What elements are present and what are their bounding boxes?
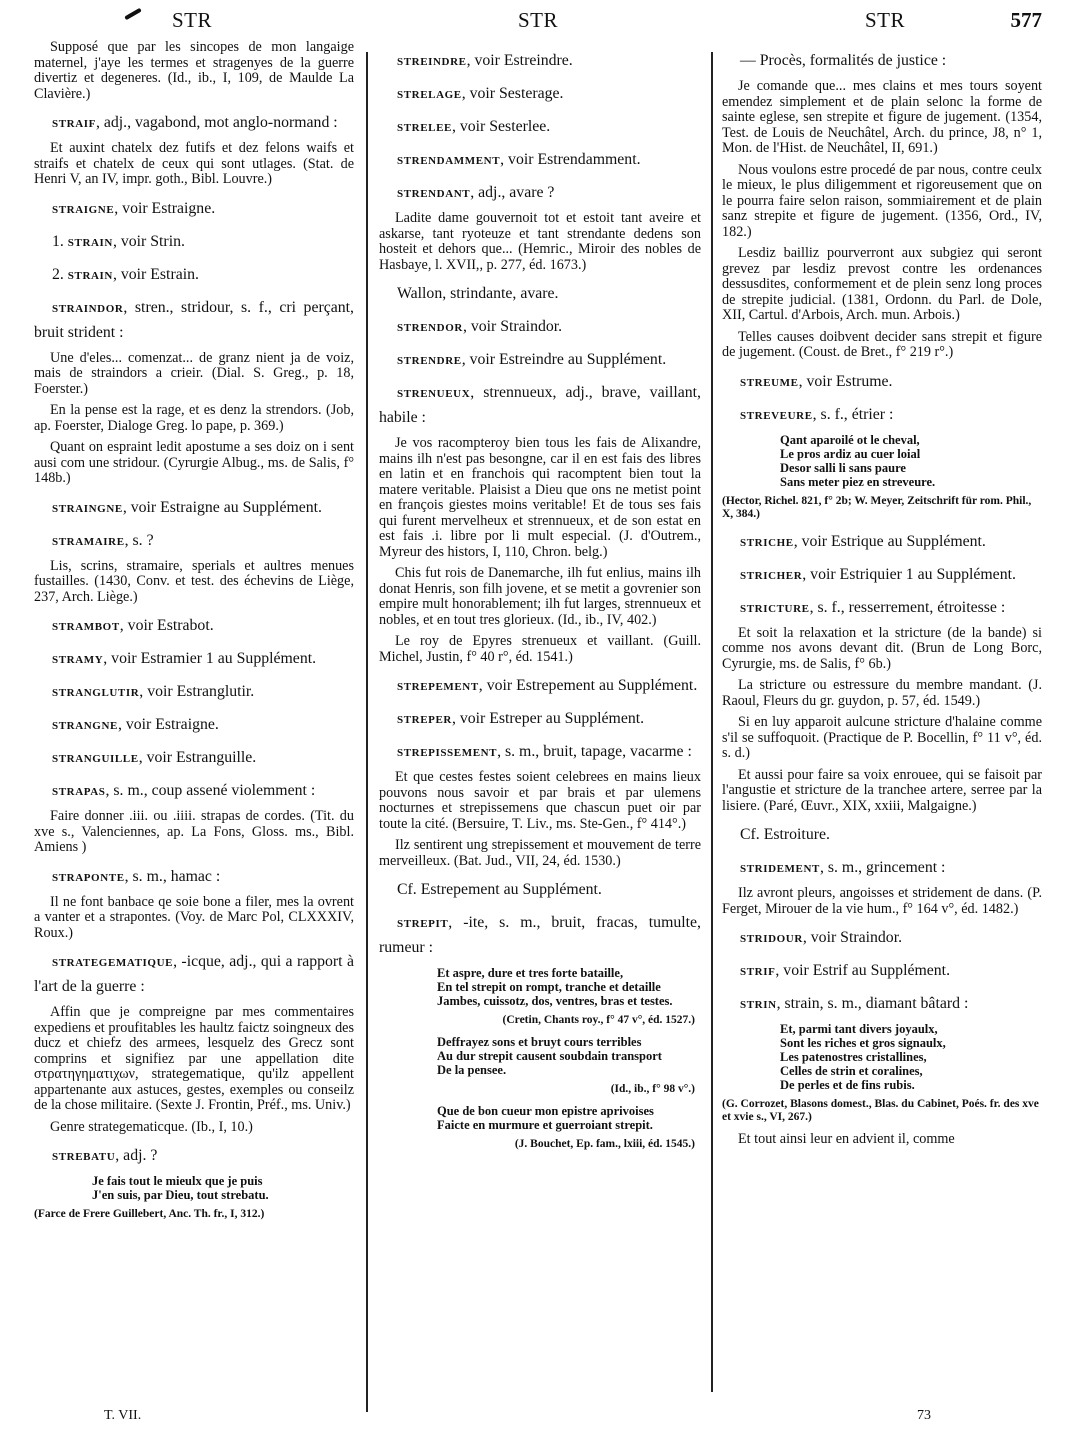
headword: stricher [740,566,802,583]
dictionary-entry: strepement, voir Estrepement au Suppléme… [379,673,701,698]
citation-quote: Il ne font banbace qe soie bone a filer,… [34,895,354,942]
dictionary-entry: streume, voir Estrume. [722,369,1042,394]
definition: , adj., vagabond, mot anglo-normand : [96,114,338,131]
definition: , voir Straindor. [463,318,562,335]
headword: strendor [397,318,463,335]
dictionary-entry: stramaire, s. ? [34,528,354,553]
dictionary-entry: strendamment, voir Estrendamment. [379,147,701,172]
headword: strendant [397,184,470,201]
headword: straingne [52,499,123,516]
dictionary-entry: 2. strain, voir Estrain. [34,262,354,287]
headword: strategematique [52,953,173,970]
dictionary-entry: strendor, voir Straindor. [379,314,701,339]
homonym-number: 2. [52,266,68,283]
citation-quote: Nous voulons estre procedé de par nous, … [722,163,1042,241]
dictionary-entry: strendant, adj., avare ? [379,180,701,205]
headword: stramaire [52,532,125,549]
citation-quote: Je vos racompteroy bien tous les fais de… [379,436,701,560]
column-middle: streindre, voir Estreindre.strelage, voi… [379,40,701,1159]
page-number: 577 [1011,8,1043,33]
column-rule-left [366,52,368,1412]
citation-quote: Telles causes doibvent decider sans stre… [722,330,1042,361]
headword: stranguille [52,749,139,766]
dictionary-entry: streindre, voir Estreindre. [379,48,701,73]
citation-quote: La stricture ou estressure du membre man… [722,678,1042,709]
citation-quote: Je comande que... mes clains et mes tour… [722,79,1042,157]
dictionary-entry: straigne, voir Estraigne. [34,196,354,221]
definition: , voir Estrique au Supplément. [794,533,986,550]
entry-note: Cf. Estrepement au Supplément. [379,877,701,902]
definition: , s. m., grincement : [820,859,945,876]
definition: Wallon, strindante, avare. [397,285,558,302]
definition: , voir Estranglutir. [139,683,254,700]
headword: strelee [397,118,452,135]
dictionary-entry: stricher, voir Estriquier 1 au Supplémen… [722,562,1042,587]
headword: strapas [52,782,106,799]
definition: , voir Estrendamment. [500,151,640,168]
definition: , voir Estrume. [799,373,893,390]
headword: strepement [397,677,479,694]
verse-quote: Et, parmi tant divers joyaulx, Sont les … [780,1022,1042,1092]
definition: , voir Estraigne. [118,716,219,733]
citation-quote: Une d'eles... comenzat... de granz nient… [34,351,354,398]
dictionary-entry: streper, voir Estreper au Supplément. [379,706,701,731]
definition: , voir Estrain. [113,266,199,283]
headword: strepissement [397,743,497,760]
definition: , voir Estreindre. [467,52,573,69]
dictionary-entry: strambot, voir Estrabot. [34,613,354,638]
dictionary-entry: stranglutir, voir Estranglutir. [34,679,354,704]
definition: Cf. Estroiture. [740,826,830,843]
definition: , s. f., resserrement, étroitesse : [810,599,1006,616]
definition: , voir Estramier 1 au Supplément. [103,650,316,667]
definition: , voir Estrepement au Supplément. [479,677,697,694]
definition: , voir Estranguille. [139,749,257,766]
headword: stridour [740,929,803,946]
volume-label: T. VII. [104,1408,141,1424]
verse-quote: Deffrayez sons et bruyt cours terribles … [437,1035,701,1077]
headword: strambot [52,617,120,634]
verse-source: (Cretin, Chants roy., f° 47 v°, éd. 1527… [379,1014,701,1027]
headword: strif [740,962,775,979]
running-head-right: STR [865,8,905,33]
dictionary-entry: stridour, voir Straindor. [722,925,1042,950]
definition: , s. m., coup assené violemment : [106,782,316,799]
entry-note: — Procès, formalités de justice : [722,48,1042,73]
signature-mark: 73 [917,1408,931,1424]
citation-quote: Faire donner .iii. ou .iiii. strapas de … [34,809,354,856]
headword: streper [397,710,452,727]
dictionary-entry: straponte, s. m., hamac : [34,864,354,889]
definition: Cf. Estrepement au Supplément. [397,881,602,898]
headword: stridement [740,859,820,876]
dictionary-entry: strif, voir Estrif au Supplément. [722,958,1042,983]
citation-quote: Et soit la relaxation et la stricture (d… [722,626,1042,673]
citation-quote: Et aussi pour faire sa voix enrouee, qui… [722,768,1042,815]
ink-mark [124,8,142,20]
verse-quote: Qant aparoilé ot le cheval, Le pros ardi… [780,433,1042,489]
headword: straigne [52,200,114,217]
headword: strebatu [52,1147,115,1164]
definition: , voir Estriquier 1 au Supplément. [802,566,1016,583]
citation-quote: Chis fut rois de Danemarche, ilh fut enl… [379,566,701,628]
dictionary-entry: stricture, s. f., resserrement, étroites… [722,595,1042,620]
dictionary-entry: strapas, s. m., coup assené violemment : [34,778,354,803]
headword: strelage [397,85,462,102]
citation-quote: Le roy de Epyres strenueux et vaillant. … [379,634,701,665]
headword: stricture [740,599,810,616]
definition: , voir Estraigne au Supplément. [123,499,322,516]
dictionary-entry: striche, voir Estrique au Supplément. [722,529,1042,554]
headword: streume [740,373,799,390]
entry-note: Wallon, strindante, avare. [379,281,701,306]
dictionary-entry: 1. strain, voir Strin. [34,229,354,254]
citation-quote: Supposé que par les sincopes de mon lang… [34,40,354,102]
definition: , voir Strin. [113,233,185,250]
dictionary-entry: straindor, stren., stridour, s. f., cri … [34,295,354,345]
definition: , strain, s. m., diamant bâtard : [777,995,969,1012]
headword: strendre [397,351,462,368]
dictionary-entry: strepissement, s. m., bruit, tapage, vac… [379,739,701,764]
citation-quote: Si en luy apparoit aulcune stricture d'h… [722,715,1042,762]
citation-quote: Affin que je compreigne par mes commenta… [34,1005,354,1114]
dictionary-entry: strategematique, -icque, adj., qui a rap… [34,949,354,999]
dictionary-entry: stramy, voir Estramier 1 au Supplément. [34,646,354,671]
citation-quote: Et tout ainsi leur en advient il, comme [722,1132,1042,1148]
dictionary-entry: strendre, voir Estreindre au Supplément. [379,347,701,372]
headword: streveure [740,406,813,423]
dictionary-entry: streveure, s. f., étrier : [722,402,1042,427]
definition: — Procès, formalités de justice : [740,52,946,69]
homonym-number: 1. [52,233,68,250]
definition: , voir Straindor. [803,929,902,946]
definition: , voir Sesterage. [462,85,564,102]
dictionary-entry: straingne, voir Estraigne au Supplément. [34,495,354,520]
dictionary-entry: strin, strain, s. m., diamant bâtard : [722,991,1042,1016]
headword: stramy [52,650,103,667]
running-head-center: STR [518,8,558,33]
headword: straindor [52,299,123,316]
verse-source: (Id., ib., f° 98 v°.) [379,1083,701,1096]
column-rule-right [711,52,713,1392]
running-head-left: STR [172,8,212,33]
dictionary-entry: strangne, voir Estraigne. [34,712,354,737]
dictionary-entry: strenueux, strennueux, adj., brave, vail… [379,380,701,430]
headword: strendamment [397,151,500,168]
definition: , voir Sesterlee. [452,118,550,135]
definition: , s. f., étrier : [813,406,894,423]
definition: , s. m., bruit, tapage, vacarme : [497,743,692,760]
definition: , voir Estraigne. [114,200,215,217]
dictionary-entry: straif, adj., vagabond, mot anglo-norman… [34,110,354,135]
citation-quote: Quant on espraint ledit apostume a ses d… [34,440,354,487]
citation-quote: Et que cestes festes soient celebrees en… [379,770,701,832]
definition: , voir Estreindre au Supplément. [462,351,666,368]
definition: , voir Estrabot. [120,617,214,634]
definition: , s. ? [125,532,154,549]
headword: streindre [397,52,467,69]
definition: , s. m., hamac : [125,868,221,885]
headword: straif [52,114,96,131]
headword: strain [68,233,113,250]
citation-quote: En la pense est la rage, et es denz la s… [34,403,354,434]
verse-source: (Farce de Frere Guillebert, Anc. Th. fr.… [34,1208,354,1221]
definition: , voir Estrif au Supplément. [775,962,950,979]
verse-source: (J. Bouchet, Ep. fam., lxiii, éd. 1545.) [379,1138,701,1151]
dictionary-entry: strelage, voir Sesterage. [379,81,701,106]
citation-quote: Lesdiz bailliz pourverront aux subgiez q… [722,246,1042,324]
verse-source: (G. Corrozet, Blasons domest., Blas. du … [722,1098,1042,1124]
headword: strangne [52,716,118,733]
citation-quote: Ilz avront pleurs, angoisses et strideme… [722,886,1042,917]
definition: , adj. ? [115,1147,157,1164]
definition: , voir Estreper au Supplément. [452,710,644,727]
entry-note: Cf. Estroiture. [722,822,1042,847]
headword: straponte [52,868,125,885]
headword: strain [68,266,113,283]
verse-quote: Que de bon cueur mon epistre aprivoises … [437,1104,701,1132]
headword: strepit [397,914,448,931]
dictionary-entry: strelee, voir Sesterlee. [379,114,701,139]
citation-quote: Ilz sentirent ung strepissement et mouve… [379,838,701,869]
verse-source: (Hector, Richel. 821, f° 2b; W. Meyer, Z… [722,495,1042,521]
citation-quote: Et auxint chatelx dez futifs et dez felo… [34,141,354,188]
headword: strenueux [397,384,470,401]
verse-quote: Je fais tout le mieulx que je puis J'en … [92,1174,354,1202]
headword: striche [740,533,794,550]
verse-quote: Et aspre, dure et tres forte bataille, E… [437,966,701,1008]
citation-quote: Lis, scrins, stramaire, sperials et ault… [34,559,354,606]
citation-quote: Genre strategematicque. (Ib., I, 10.) [34,1120,354,1136]
dictionary-entry: stridement, s. m., grincement : [722,855,1042,880]
dictionary-entry: stranguille, voir Estranguille. [34,745,354,770]
headword: stranglutir [52,683,139,700]
dictionary-entry: strebatu, adj. ? [34,1143,354,1168]
dictionary-entry: strepit, -ite, s. m., bruit, fracas, tum… [379,910,701,960]
citation-quote: Ladite dame gouvernoit tot et estoit tan… [379,211,701,273]
column-left: Supposé que par les sincopes de mon lang… [34,40,354,1229]
column-right: — Procès, formalités de justice :Je coma… [722,40,1042,1154]
headword: strin [740,995,777,1012]
definition: , adj., avare ? [470,184,554,201]
